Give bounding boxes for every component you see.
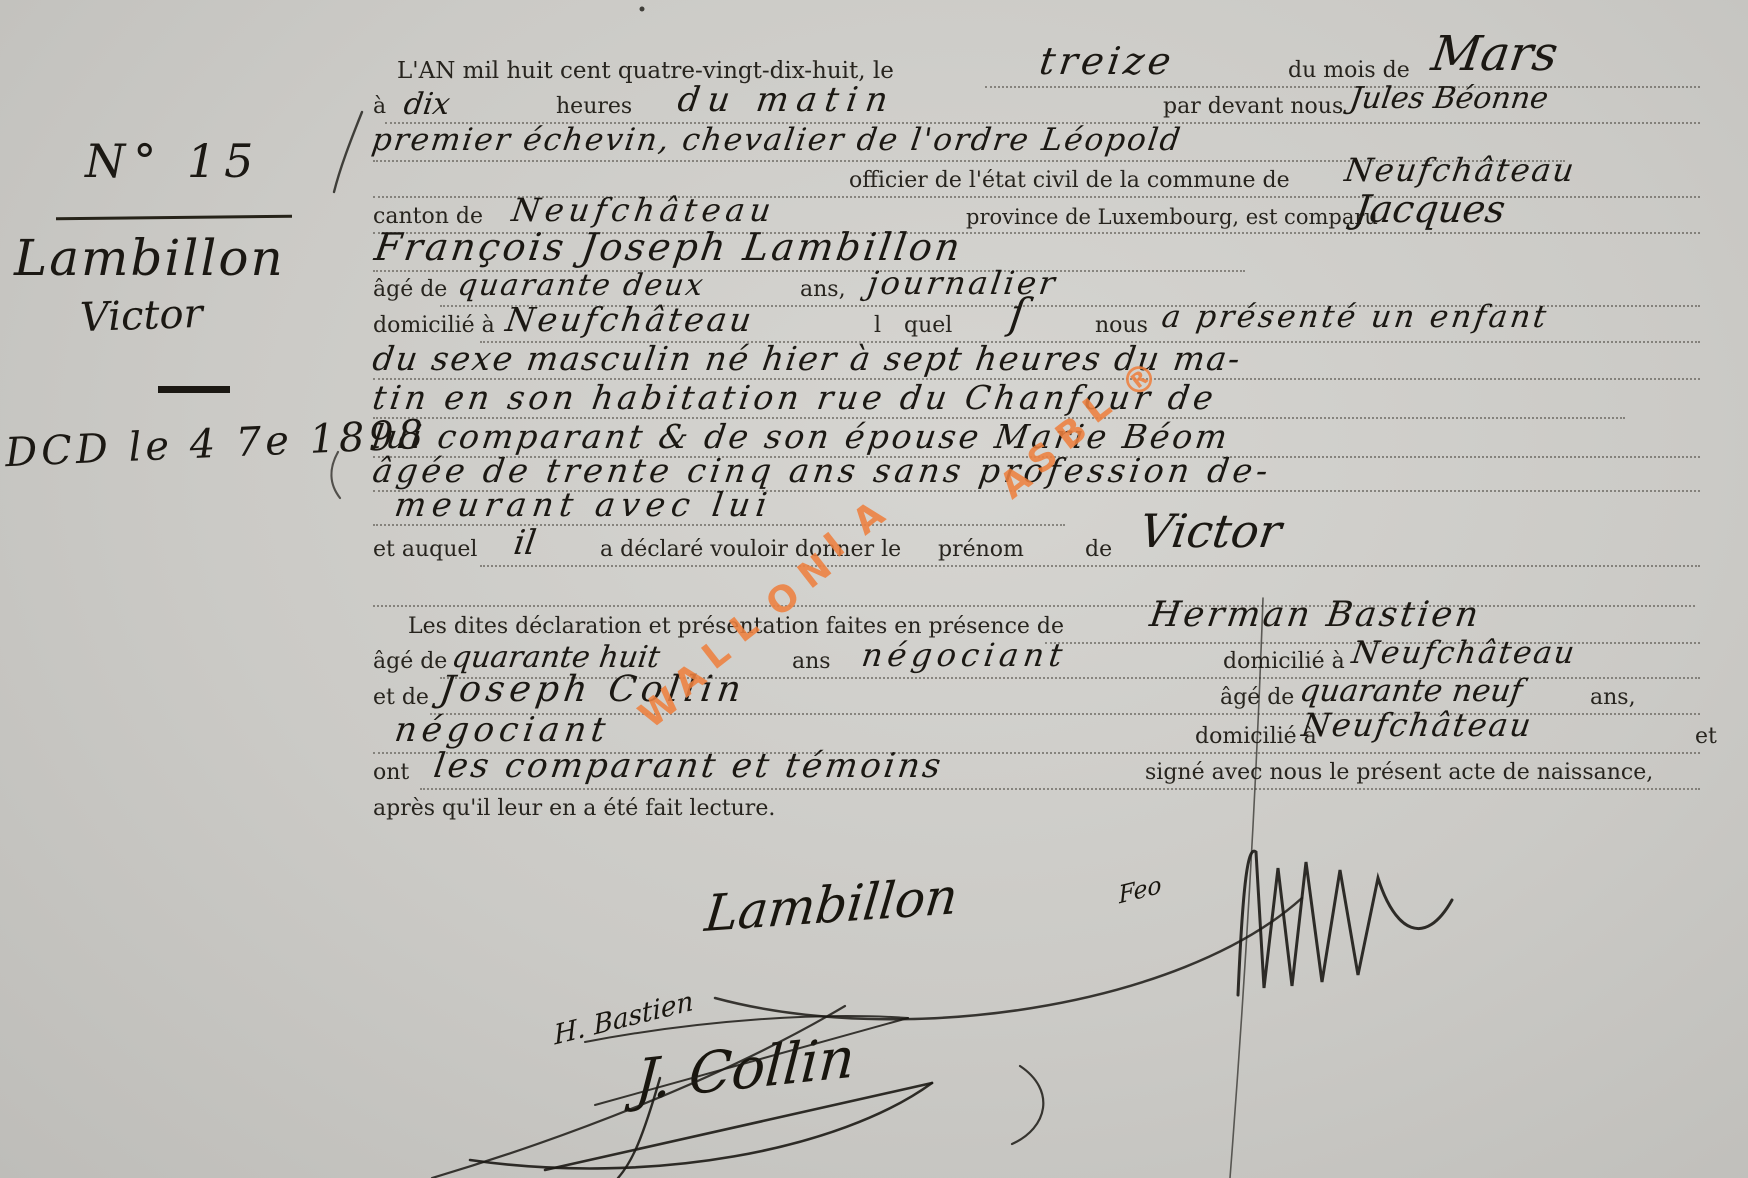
handwritten-entry: il	[512, 526, 539, 560]
handwritten-entry: du matin	[676, 83, 898, 117]
printed-form-text: province de Luxembourg, est comparu	[966, 207, 1378, 228]
collin-ending-curl	[1012, 1066, 1043, 1144]
printed-form-text: l	[874, 315, 881, 337]
handwritten-entry: Jules Béonne	[1348, 84, 1550, 114]
signature-lambillon-paraph: Feo	[1118, 873, 1162, 908]
handwritten-entry: Herman Bastien	[1148, 598, 1484, 633]
dotted-fill-rule	[480, 565, 1700, 567]
printed-form-text: quel	[904, 315, 952, 337]
watermark-letter: L	[723, 604, 766, 650]
margin-deceased-note: DCD le 4 7e 1898	[4, 415, 428, 473]
printed-form-text: ans,	[1590, 687, 1636, 709]
signature-bastien: H. Bastien	[553, 987, 694, 1049]
printed-form-text: ans,	[800, 279, 846, 301]
handwritten-entry: négociant	[860, 639, 1069, 671]
signature-collin: J. Collin	[634, 1030, 857, 1110]
birth-record-scan: N° 15 Lambillon Victor DCD le 4 7e 1898 …	[0, 0, 1748, 1178]
margin-name-surname: Lambillon	[14, 233, 285, 283]
dotted-fill-rule	[373, 524, 1065, 526]
handwritten-entry: a présenté un enfant	[1160, 302, 1551, 333]
printed-form-text: ans	[792, 651, 831, 673]
margin-name-firstname: Victor	[79, 294, 203, 338]
handwritten-entry: Neufchâteau	[1343, 154, 1578, 186]
handwritten-entry: quarante neuf	[1298, 676, 1524, 707]
margin-act-number: N° 15	[85, 138, 261, 184]
handwritten-entry: Neufchâteau	[1300, 709, 1535, 741]
handwritten-entry: les comparant et témoins	[432, 749, 946, 783]
handwritten-entry: treize	[1037, 42, 1177, 80]
handwritten-entry: premier échevin, chevalier de l'ordre Lé…	[370, 125, 1184, 156]
printed-form-text: ont	[373, 762, 409, 784]
printed-form-text: âgé de	[373, 279, 447, 301]
printed-form-text: à	[373, 96, 386, 118]
printed-form-text: âgé de	[373, 651, 447, 673]
handwritten-entry: du sexe masculin né hier à sept heures d…	[371, 342, 1244, 375]
printed-form-text: par devant nous	[1163, 96, 1343, 118]
handwritten-entry: Neufchâteau	[510, 194, 778, 226]
signature-lambillon: Lambillon	[703, 871, 960, 939]
margin-underline	[56, 215, 292, 220]
handwritten-entry: négociant	[393, 713, 613, 747]
handwritten-entry: Victor	[1137, 508, 1285, 554]
paper-speck	[640, 7, 645, 12]
handwritten-entry: quarante deux	[456, 271, 707, 301]
dotted-fill-rule	[373, 605, 1695, 607]
printed-form-text: du mois de	[1288, 60, 1410, 82]
printed-form-text: domicilié à	[1223, 651, 1345, 673]
dotted-fill-rule	[985, 86, 1700, 88]
watermark-letter: A	[845, 494, 892, 543]
handwritten-entry: Mars	[1429, 30, 1561, 78]
handwritten-entry: Jacques	[1352, 190, 1507, 228]
printed-form-text: domicilié à	[1195, 726, 1317, 748]
handwritten-entry: Neufchâteau	[1350, 638, 1578, 669]
printed-form-text: et auquel	[373, 539, 477, 561]
printed-form-text: après qu'il leur en a été fait lecture.	[373, 798, 775, 820]
printed-form-text: officier de l'état civil de la commune d…	[849, 170, 1290, 192]
printed-form-text: heures	[556, 96, 632, 118]
printed-form-text: a déclaré vouloir donner le	[600, 539, 901, 561]
printed-form-text: de	[1085, 539, 1112, 561]
printed-form-text: et de	[373, 687, 429, 709]
handwritten-entry: François Joseph Lambillon	[372, 228, 965, 266]
handwritten-entry: journalier	[866, 267, 1060, 299]
handwritten-entry: meurant avec lui	[393, 488, 775, 521]
handwritten-entry: âgée de trente cinq ans sans profession …	[371, 454, 1274, 487]
echevin-line-lead-stroke	[334, 112, 362, 192]
printed-form-text: prénom	[938, 539, 1024, 561]
dotted-fill-rule	[420, 788, 1700, 790]
handwritten-entry: Neufchâteau	[504, 303, 757, 336]
printed-form-text: signé avec nous le présent acte de naiss…	[1145, 762, 1653, 784]
printed-form-text: et	[1695, 726, 1717, 748]
printed-form-text: domicilié à	[373, 315, 495, 337]
printed-form-text: nous	[1095, 315, 1148, 337]
margin-separator-dash	[158, 386, 230, 393]
officer-scrawl-signature[interactable]	[1238, 851, 1452, 995]
handwritten-entry: dix	[402, 90, 452, 120]
printed-form-text: âgé de	[1220, 687, 1294, 709]
